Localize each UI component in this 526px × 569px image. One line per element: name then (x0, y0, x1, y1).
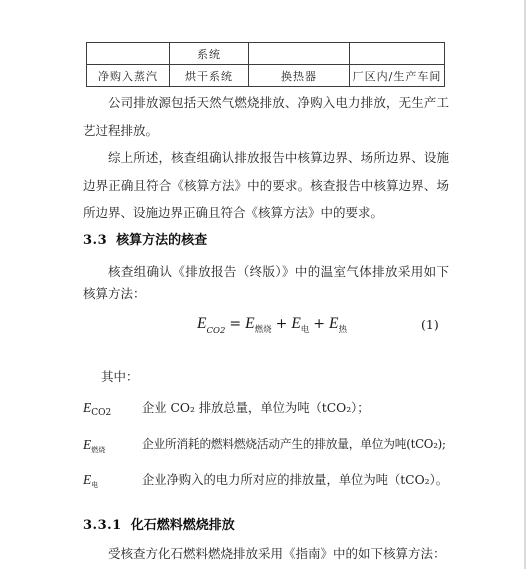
definition-description: 企业 CO₂ 排放总量，单位为吨（tCO₂）； (142, 398, 449, 416)
paragraph-emission-sources: 公司排放源包括天然气燃烧排放、净购入电力排放，无生产工艺过程排放。 (83, 89, 449, 144)
formula-subscript-co2: CO2 (206, 326, 225, 336)
formula-term-heat: E (329, 315, 338, 332)
formula-term-electricity: E (291, 315, 300, 332)
definition-term: ECO2 (83, 400, 111, 416)
formula-co2-total: ECO2=E燃烧+E电+E热 (197, 314, 347, 336)
term-subscript: 燃烧 (91, 446, 105, 454)
section-title: 化石燃料燃烧排放 (131, 518, 235, 533)
definition-eco2: ECO2 企业 CO₂ 排放总量，单位为吨（tCO₂）； (83, 397, 449, 419)
term-subscript: 电 (91, 481, 98, 489)
table-cell: 换热器 (249, 65, 350, 87)
table-row: 系统 (87, 43, 445, 65)
table-cell (350, 43, 445, 65)
section-title: 核算方法的核查 (116, 233, 207, 248)
emission-boundary-table: 系统 净购入蒸汽 烘干系统 换热器 厂区内/生产车间 (86, 42, 445, 87)
where-label: 其中： (101, 367, 139, 385)
formula-subscript-electricity: 电 (301, 325, 310, 335)
formula-subscript-fuel: 燃烧 (255, 325, 272, 335)
formula-term-fuel: E (245, 315, 254, 332)
table-cell: 净购入蒸汽 (87, 65, 170, 87)
definition-term: E电 (83, 472, 98, 488)
term-subscript: CO2 (91, 408, 111, 418)
table-cell (87, 43, 170, 65)
term-symbol: E (83, 472, 91, 487)
plus-sign: + (276, 316, 288, 332)
definition-term: E燃烧 (83, 437, 105, 453)
table-cell: 烘干系统 (170, 65, 249, 87)
paragraph-boundary-summary: 综上所述，核查组确认排放报告中核算边界、场所边界、设施边界正确且符合《核算方法》… (83, 144, 449, 227)
definition-eelectricity: E电 企业净购入的电力所对应的排放量，单位为吨（tCO₂）。 (83, 469, 449, 491)
term-symbol: E (83, 400, 91, 415)
term-symbol: E (83, 437, 91, 452)
plus-sign: + (313, 316, 325, 332)
formula-subscript-heat: 热 (339, 325, 348, 335)
table-cell (249, 43, 350, 65)
definition-efuel: E燃烧 企业所消耗的燃料燃烧活动产生的排放量，单位为吨(tCO₂); (83, 434, 449, 456)
section-number: 3.3 (83, 233, 107, 248)
table-cell: 厂区内/生产车间 (350, 65, 445, 87)
paragraph-fossil-intro: 受核查方化石燃料燃烧排放采用《指南》中的如下核算方法： (83, 546, 449, 562)
equation-number: (1) (421, 317, 439, 332)
table-row: 净购入蒸汽 烘干系统 换热器 厂区内/生产车间 (87, 65, 445, 87)
definition-description: 企业所消耗的燃料燃烧活动产生的排放量，单位为吨(tCO₂); (142, 436, 449, 452)
section-heading-3-3: 3.3核算方法的核查 (83, 229, 207, 248)
report-page: 系统 净购入蒸汽 烘干系统 换热器 厂区内/生产车间 公司排放源包括天然气燃烧排… (0, 0, 526, 569)
definition-description: 企业净购入的电力所对应的排放量，单位为吨（tCO₂）。 (142, 470, 449, 488)
table-cell: 系统 (170, 43, 249, 65)
section-heading-3-3-1: 3.3.1化石燃料燃烧排放 (83, 514, 235, 533)
paragraph-method-intro: 核查组确认《排放报告（终版）》中的温室气体排放采用如下核算方法： (83, 261, 449, 304)
section-number: 3.3.1 (83, 518, 122, 533)
equals-sign: = (229, 316, 241, 332)
